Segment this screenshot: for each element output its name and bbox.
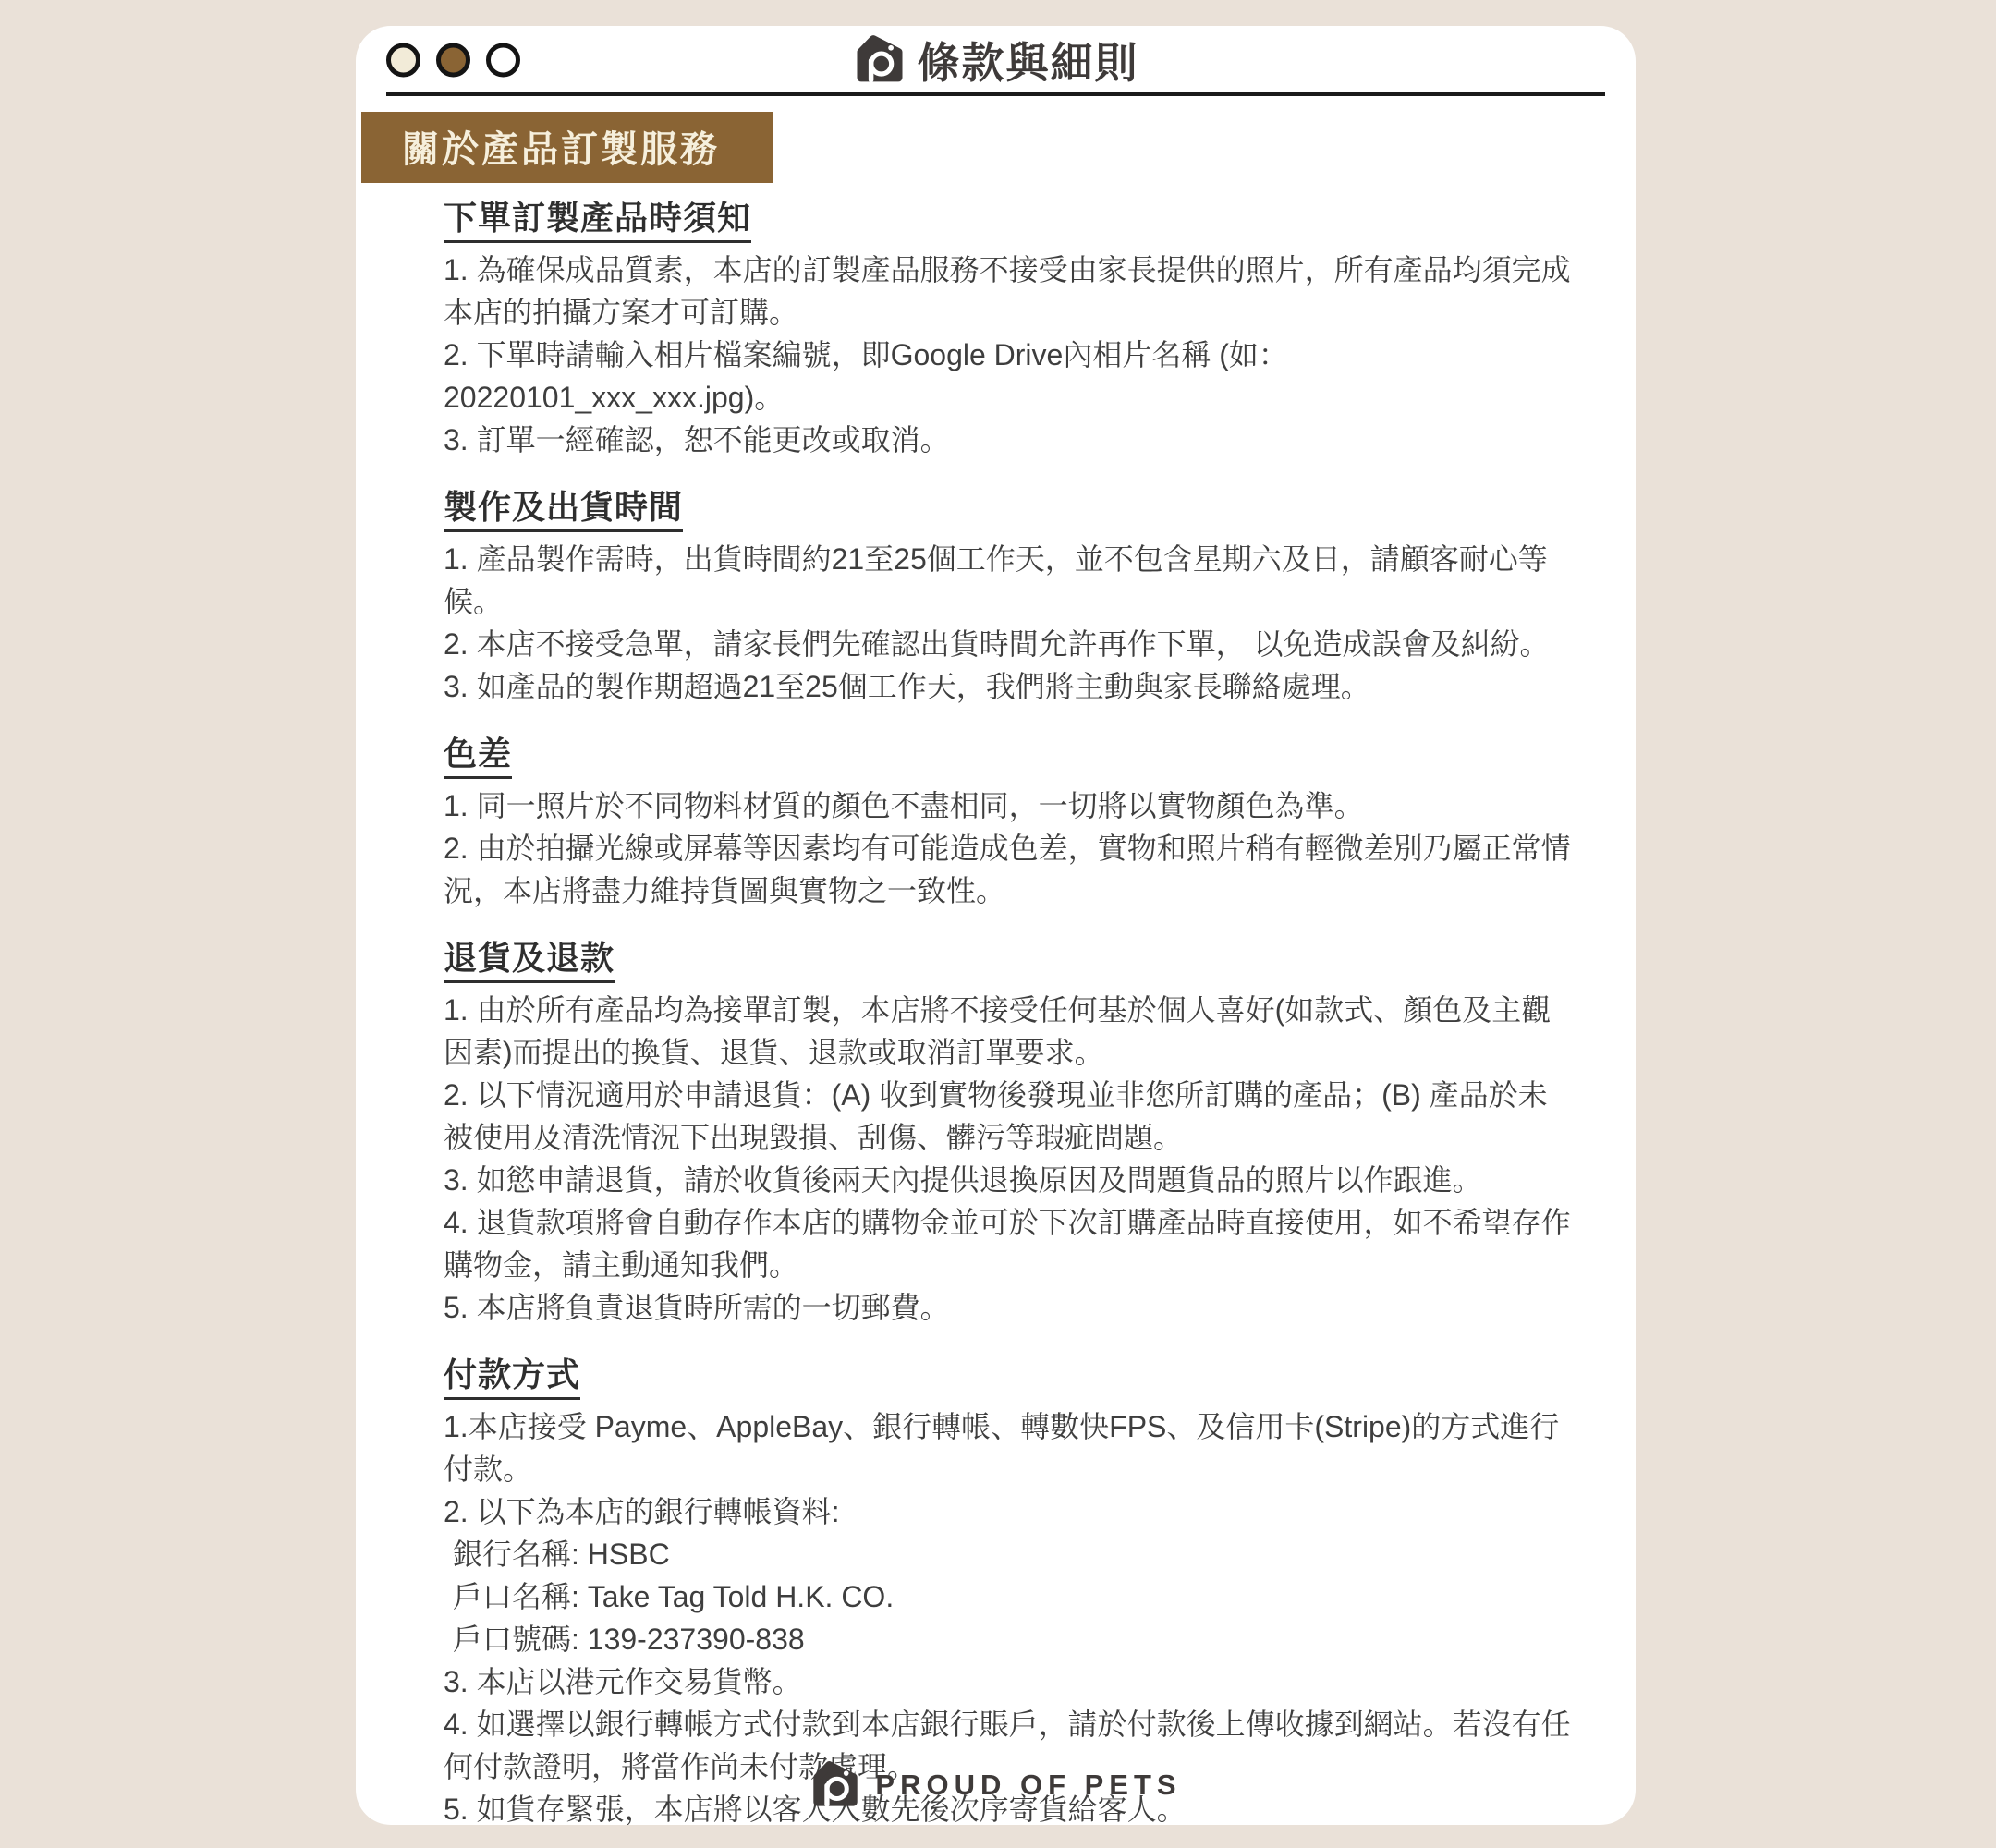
terms-section: 下單訂製產品時須知 1. 為確保成品質素，本店的訂製產品服務不接受由家長提供的照… bbox=[444, 198, 1571, 461]
section-heading: 下單訂製產品時須知 bbox=[444, 198, 751, 243]
header-divider bbox=[386, 92, 1605, 96]
brand-camera-logo-icon bbox=[853, 32, 907, 88]
section-heading: 色差 bbox=[444, 734, 512, 779]
page-title: 條款與細則 bbox=[918, 30, 1139, 91]
terms-line: 2. 由於拍攝光線或屏幕等因素均有可能造成色差，實物和照片稍有輕微差別乃屬正常情… bbox=[444, 827, 1571, 912]
terms-line: 5. 本店將負責退貨時所需的一切郵費。 bbox=[444, 1286, 1571, 1329]
footer-brand-text: PROUD OF PETS bbox=[875, 1769, 1181, 1802]
terms-line: 2. 下單時請輸入相片檔案編號，即Google Drive內相片名稱 (如：20… bbox=[444, 334, 1571, 419]
header-title-row: 條款與細則 bbox=[853, 30, 1139, 91]
terms-line: 3. 本店以港元作交易貨幣。 bbox=[444, 1660, 1571, 1703]
window-control-1[interactable] bbox=[386, 43, 420, 78]
terms-line: 2. 本店不接受急單，請家長們先確認出貨時間允許再作下單， 以免造成誤會及糾紛。 bbox=[444, 623, 1571, 665]
terms-content: 下單訂製產品時須知 1. 為確保成品質素，本店的訂製產品服務不接受由家長提供的照… bbox=[444, 198, 1571, 1825]
section-heading: 製作及出貨時間 bbox=[444, 487, 683, 532]
window-controls bbox=[386, 43, 520, 78]
section-heading: 付款方式 bbox=[444, 1355, 580, 1400]
terms-line: 3. 如產品的製作期超過21至25個工作天，我們將主動與家長聯絡處理。 bbox=[444, 665, 1571, 708]
terms-line: 2. 以下情況適用於申請退貨：(A) 收到實物後發現並非您所訂購的產品；(B) … bbox=[444, 1074, 1571, 1159]
window-control-3[interactable] bbox=[486, 43, 520, 78]
terms-line: 4. 退貨款項將會自動存作本店的購物金並可於下次訂購產品時直接使用，如不希望存作… bbox=[444, 1201, 1571, 1286]
window-header: 條款與細則 bbox=[356, 33, 1636, 87]
section-badge: 關於產品訂製服務 bbox=[361, 112, 773, 183]
terms-section: 付款方式 1.本店接受 Payme、AppleBay、銀行轉帳、轉數快FPS、及… bbox=[444, 1355, 1571, 1825]
terms-line: 1.本店接受 Payme、AppleBay、銀行轉帳、轉數快FPS、及信用卡(S… bbox=[444, 1405, 1571, 1490]
terms-section: 退貨及退款 1. 由於所有產品均為接單訂製，本店將不接受任何基於個人喜好(如款式… bbox=[444, 938, 1571, 1329]
section-heading: 退貨及退款 bbox=[444, 938, 615, 983]
terms-line: 3. 如慾申請退貨，請於收貨後兩天內提供退換原因及問題貨品的照片以作跟進。 bbox=[444, 1159, 1571, 1201]
window-control-2[interactable] bbox=[436, 43, 470, 78]
terms-line: 2. 以下為本店的銀行轉帳資料: bbox=[444, 1490, 1571, 1533]
terms-line: 1. 為確保成品質素，本店的訂製產品服務不接受由家長提供的照片，所有產品均須完成… bbox=[444, 249, 1571, 334]
footer-brand: PROUD OF PETS bbox=[356, 1758, 1636, 1812]
terms-line: 戶口號碼: 139-237390-838 bbox=[444, 1618, 1571, 1660]
footer-camera-logo-icon bbox=[809, 1758, 861, 1812]
terms-section: 色差 1. 同一照片於不同物料材質的顏色不盡相同，一切將以實物顏色為準。2. 由… bbox=[444, 734, 1571, 912]
terms-line: 1. 產品製作需時，出貨時間約21至25個工作天，並不包含星期六及日，請顧客耐心… bbox=[444, 538, 1571, 623]
terms-section: 製作及出貨時間 1. 產品製作需時，出貨時間約21至25個工作天，並不包含星期六… bbox=[444, 487, 1571, 708]
terms-line: 銀行名稱: HSBC bbox=[444, 1533, 1571, 1575]
terms-line: 戶口名稱: Take Tag Told H.K. CO. bbox=[444, 1575, 1571, 1618]
terms-card: 條款與細則 關於產品訂製服務 下單訂製產品時須知 1. 為確保成品質素，本店的訂… bbox=[356, 26, 1636, 1825]
terms-line: 1. 由於所有產品均為接單訂製，本店將不接受任何基於個人喜好(如款式、顏色及主觀… bbox=[444, 989, 1571, 1074]
terms-line: 1. 同一照片於不同物料材質的顏色不盡相同，一切將以實物顏色為準。 bbox=[444, 784, 1571, 827]
terms-line: 3. 訂單一經確認，恕不能更改或取消。 bbox=[444, 419, 1571, 461]
